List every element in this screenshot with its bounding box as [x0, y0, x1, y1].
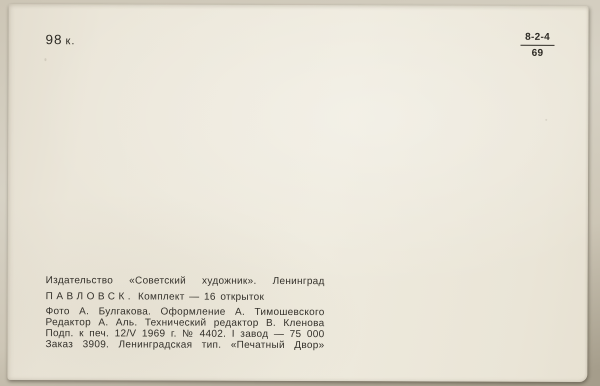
imprint-block: Издательство «Советский художник». Ленин…	[45, 275, 324, 351]
price-value: 98	[46, 32, 63, 47]
publisher-line: Издательство «Советский художник». Ленин…	[46, 275, 325, 287]
paper-speck	[545, 119, 547, 121]
set-title-line: ПАВЛОВСК.Комплект — 16 открыток	[46, 291, 325, 303]
catalog-code: 8-2-4 69	[520, 32, 554, 59]
catalog-code-denominator: 69	[520, 46, 554, 59]
set-info: Комплект — 16 открыток	[138, 291, 264, 302]
set-title: ПАВЛОВСК.	[46, 291, 134, 302]
price-unit: к.	[66, 35, 76, 47]
price-label: 98к.	[45, 32, 75, 49]
paper-speck	[44, 58, 46, 61]
postcard-back: 98к. 8-2-4 69 Издательство «Советский ху…	[7, 4, 588, 382]
photo-backdrop: 98к. 8-2-4 69 Издательство «Советский ху…	[0, 0, 600, 386]
catalog-code-numerator: 8-2-4	[521, 32, 555, 46]
order-info-line: Заказ 3909. Ленинградская тип. «Печатный…	[45, 339, 324, 351]
